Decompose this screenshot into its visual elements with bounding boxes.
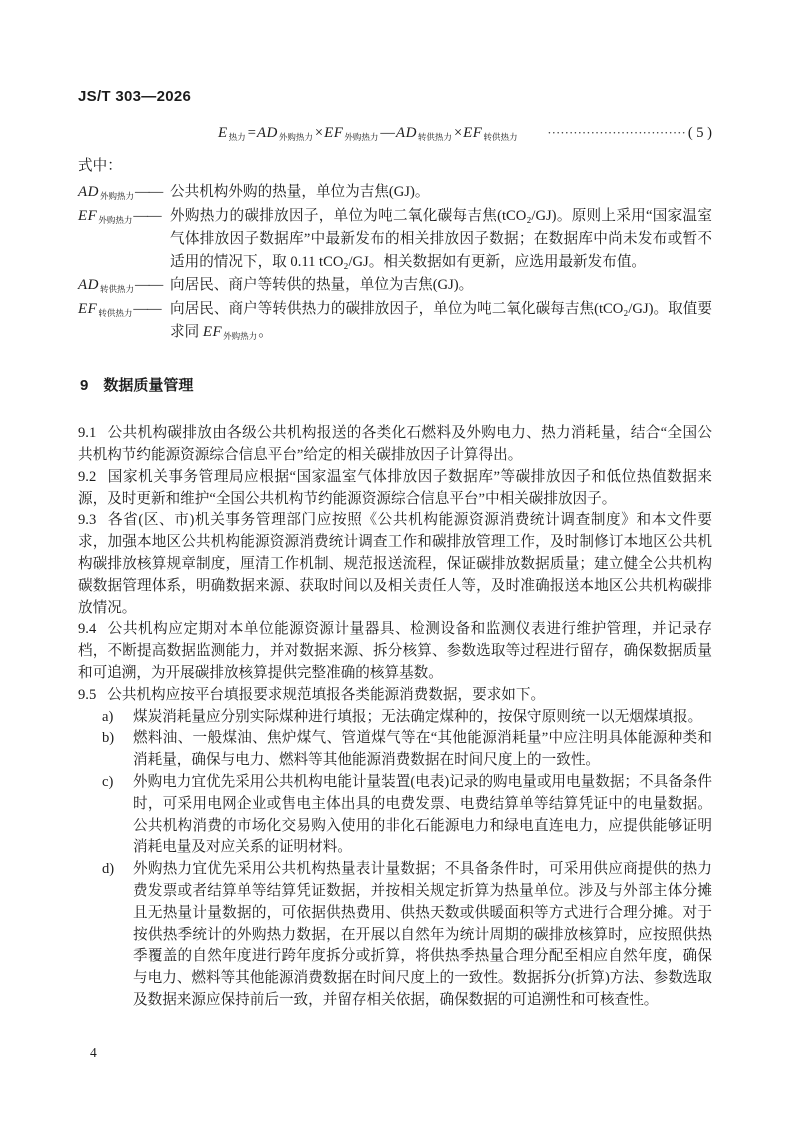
list-item-text: 外购热力宜优先采用公共机构热量表计量数据；不具备条件时，可采用供应商提供的热力费… [133,859,712,1012]
paragraph-number: 9.5 [78,687,96,703]
definition-description: 公共机构外购的热量，单位为吉焦(GJ)。 [170,181,712,204]
paragraph-number: 9.2 [78,469,96,485]
requirements-list: a) 煤炭消耗量应分别实际煤种进行填报；无法确定煤种的，按保守原则统一以无烟煤填… [78,707,712,1012]
list-item-label: c) [102,772,133,794]
formula-5: E热力=AD外购热力×EF外购热力—AD转供热力×EF转供热力 ········… [78,122,712,146]
formula-lhs: E [218,125,228,141]
paragraph-9-1: 9.1公共机构碳排放由各级公共机构报送的各类化石燃料及外购电力、热力消耗量，结合… [78,423,712,467]
paragraph-text: 公共机构碳排放由各级公共机构报送的各类化石燃料及外购电力、热力消耗量，结合“全国… [78,425,712,463]
section-title: 数据质量管理 [103,377,193,394]
where-label: 式中： [78,156,712,178]
formula-expression: E热力=AD外购热力×EF外购热力—AD转供热力×EF转供热力 [218,123,518,146]
page-number: 4 [90,1042,97,1064]
section-number: 9 [80,377,88,394]
definition-term: EF转供热力—— [78,298,170,322]
definition-ef-transferred-heat: EF转供热力—— 向居民、商户等转供热力的碳排放因子，单位为吨二氧化碳每吉焦(t… [78,298,712,345]
definition-term: AD转供热力—— [78,274,170,298]
paragraph-9-2: 9.2国家机关事务管理局应根据“国家温室气体排放因子数据库”等碳排放因子和低位热… [78,467,712,511]
list-item-c: c) 外购电力宜优先采用公共机构电能计量装置(电表)记录的购电量或用电量数据；不… [78,772,712,859]
list-item-label: b) [102,728,133,750]
list-item-label: d) [102,859,133,881]
document-code-header: JS/T 303—2026 [78,86,712,108]
definition-description: 外购热力的碳排放因子，单位为吨二氧化碳每吉焦(tCO₂/GJ)。原则上采用“国家… [170,205,712,274]
list-item-a: a) 煤炭消耗量应分别实际煤种进行填报；无法确定煤种的，按保守原则统一以无烟煤填… [78,707,712,729]
section-heading-9: 9数据质量管理 [80,375,712,397]
list-item-d: d) 外购热力宜优先采用公共机构热量表计量数据；不具备条件时，可采用供应商提供的… [78,859,712,1012]
paragraph-text: 国家机关事务管理局应根据“国家温室气体排放因子数据库”等碳排放因子和低位热值数据… [78,469,712,507]
paragraph-text: 公共机构应定期对本单位能源资源计量器具、检测设备和监测仪表进行维护管理，并记录存… [78,621,712,681]
list-item-b: b) 燃料油、一般煤油、焦炉煤气、管道煤气等在“其他能源消耗量”中应注明具体能源… [78,728,712,772]
paragraph-number: 9.3 [78,512,96,528]
symbol-definitions: AD外购热力—— 公共机构外购的热量，单位为吉焦(GJ)。 EF外购热力—— 外… [78,181,712,345]
definition-ad-transferred-heat: AD转供热力—— 向居民、商户等转供的热量，单位为吉焦(GJ)。 [78,274,712,298]
dotted-leader: ································ [520,122,685,144]
definition-ef-purchased-heat: EF外购热力—— 外购热力的碳排放因子，单位为吨二氧化碳每吉焦(tCO₂/GJ)… [78,205,712,274]
paragraph-text: 各省(区、市)机关事务管理部门应按照《公共机构能源资源消费统计调查制度》和本文件… [78,512,712,615]
paragraph-text: 公共机构应按平台填报要求规范填报各类能源消费数据，要求如下。 [107,687,545,703]
paragraph-number: 9.1 [78,425,96,441]
definition-description: 向居民、商户等转供的热量，单位为吉焦(GJ)。 [170,274,712,297]
paragraph-number: 9.4 [78,621,96,637]
list-item-text: 燃料油、一般煤油、焦炉煤气、管道煤气等在“其他能源消耗量”中应注明具体能源种类和… [133,728,712,772]
list-item-text: 煤炭消耗量应分别实际煤种进行填报；无法确定煤种的，按保守原则统一以无烟煤填报。 [133,707,712,729]
definition-term: EF外购热力—— [78,205,170,229]
paragraph-9-3: 9.3各省(区、市)机关事务管理部门应按照《公共机构能源资源消费统计调查制度》和… [78,510,712,619]
definition-description: 向居民、商户等转供热力的碳排放因子，单位为吨二氧化碳每吉焦(tCO₂/GJ)。取… [170,298,712,345]
paragraph-9-5: 9.5公共机构应按平台填报要求规范填报各类能源消费数据，要求如下。 [78,685,712,707]
formula-number: ( 5 ) [688,123,712,145]
document-page: JS/T 303—2026 E热力=AD外购热力×EF外购热力—AD转供热力×E… [0,0,793,1122]
definition-term: AD外购热力—— [78,181,170,205]
definition-ad-purchased-heat: AD外购热力—— 公共机构外购的热量，单位为吉焦(GJ)。 [78,181,712,205]
paragraph-9-4: 9.4公共机构应定期对本单位能源资源计量器具、检测设备和监测仪表进行维护管理，并… [78,619,712,684]
list-item-label: a) [102,707,133,729]
list-item-text: 外购电力宜优先采用公共机构电能计量装置(电表)记录的购电量或用电量数据；不具备条… [133,772,712,859]
